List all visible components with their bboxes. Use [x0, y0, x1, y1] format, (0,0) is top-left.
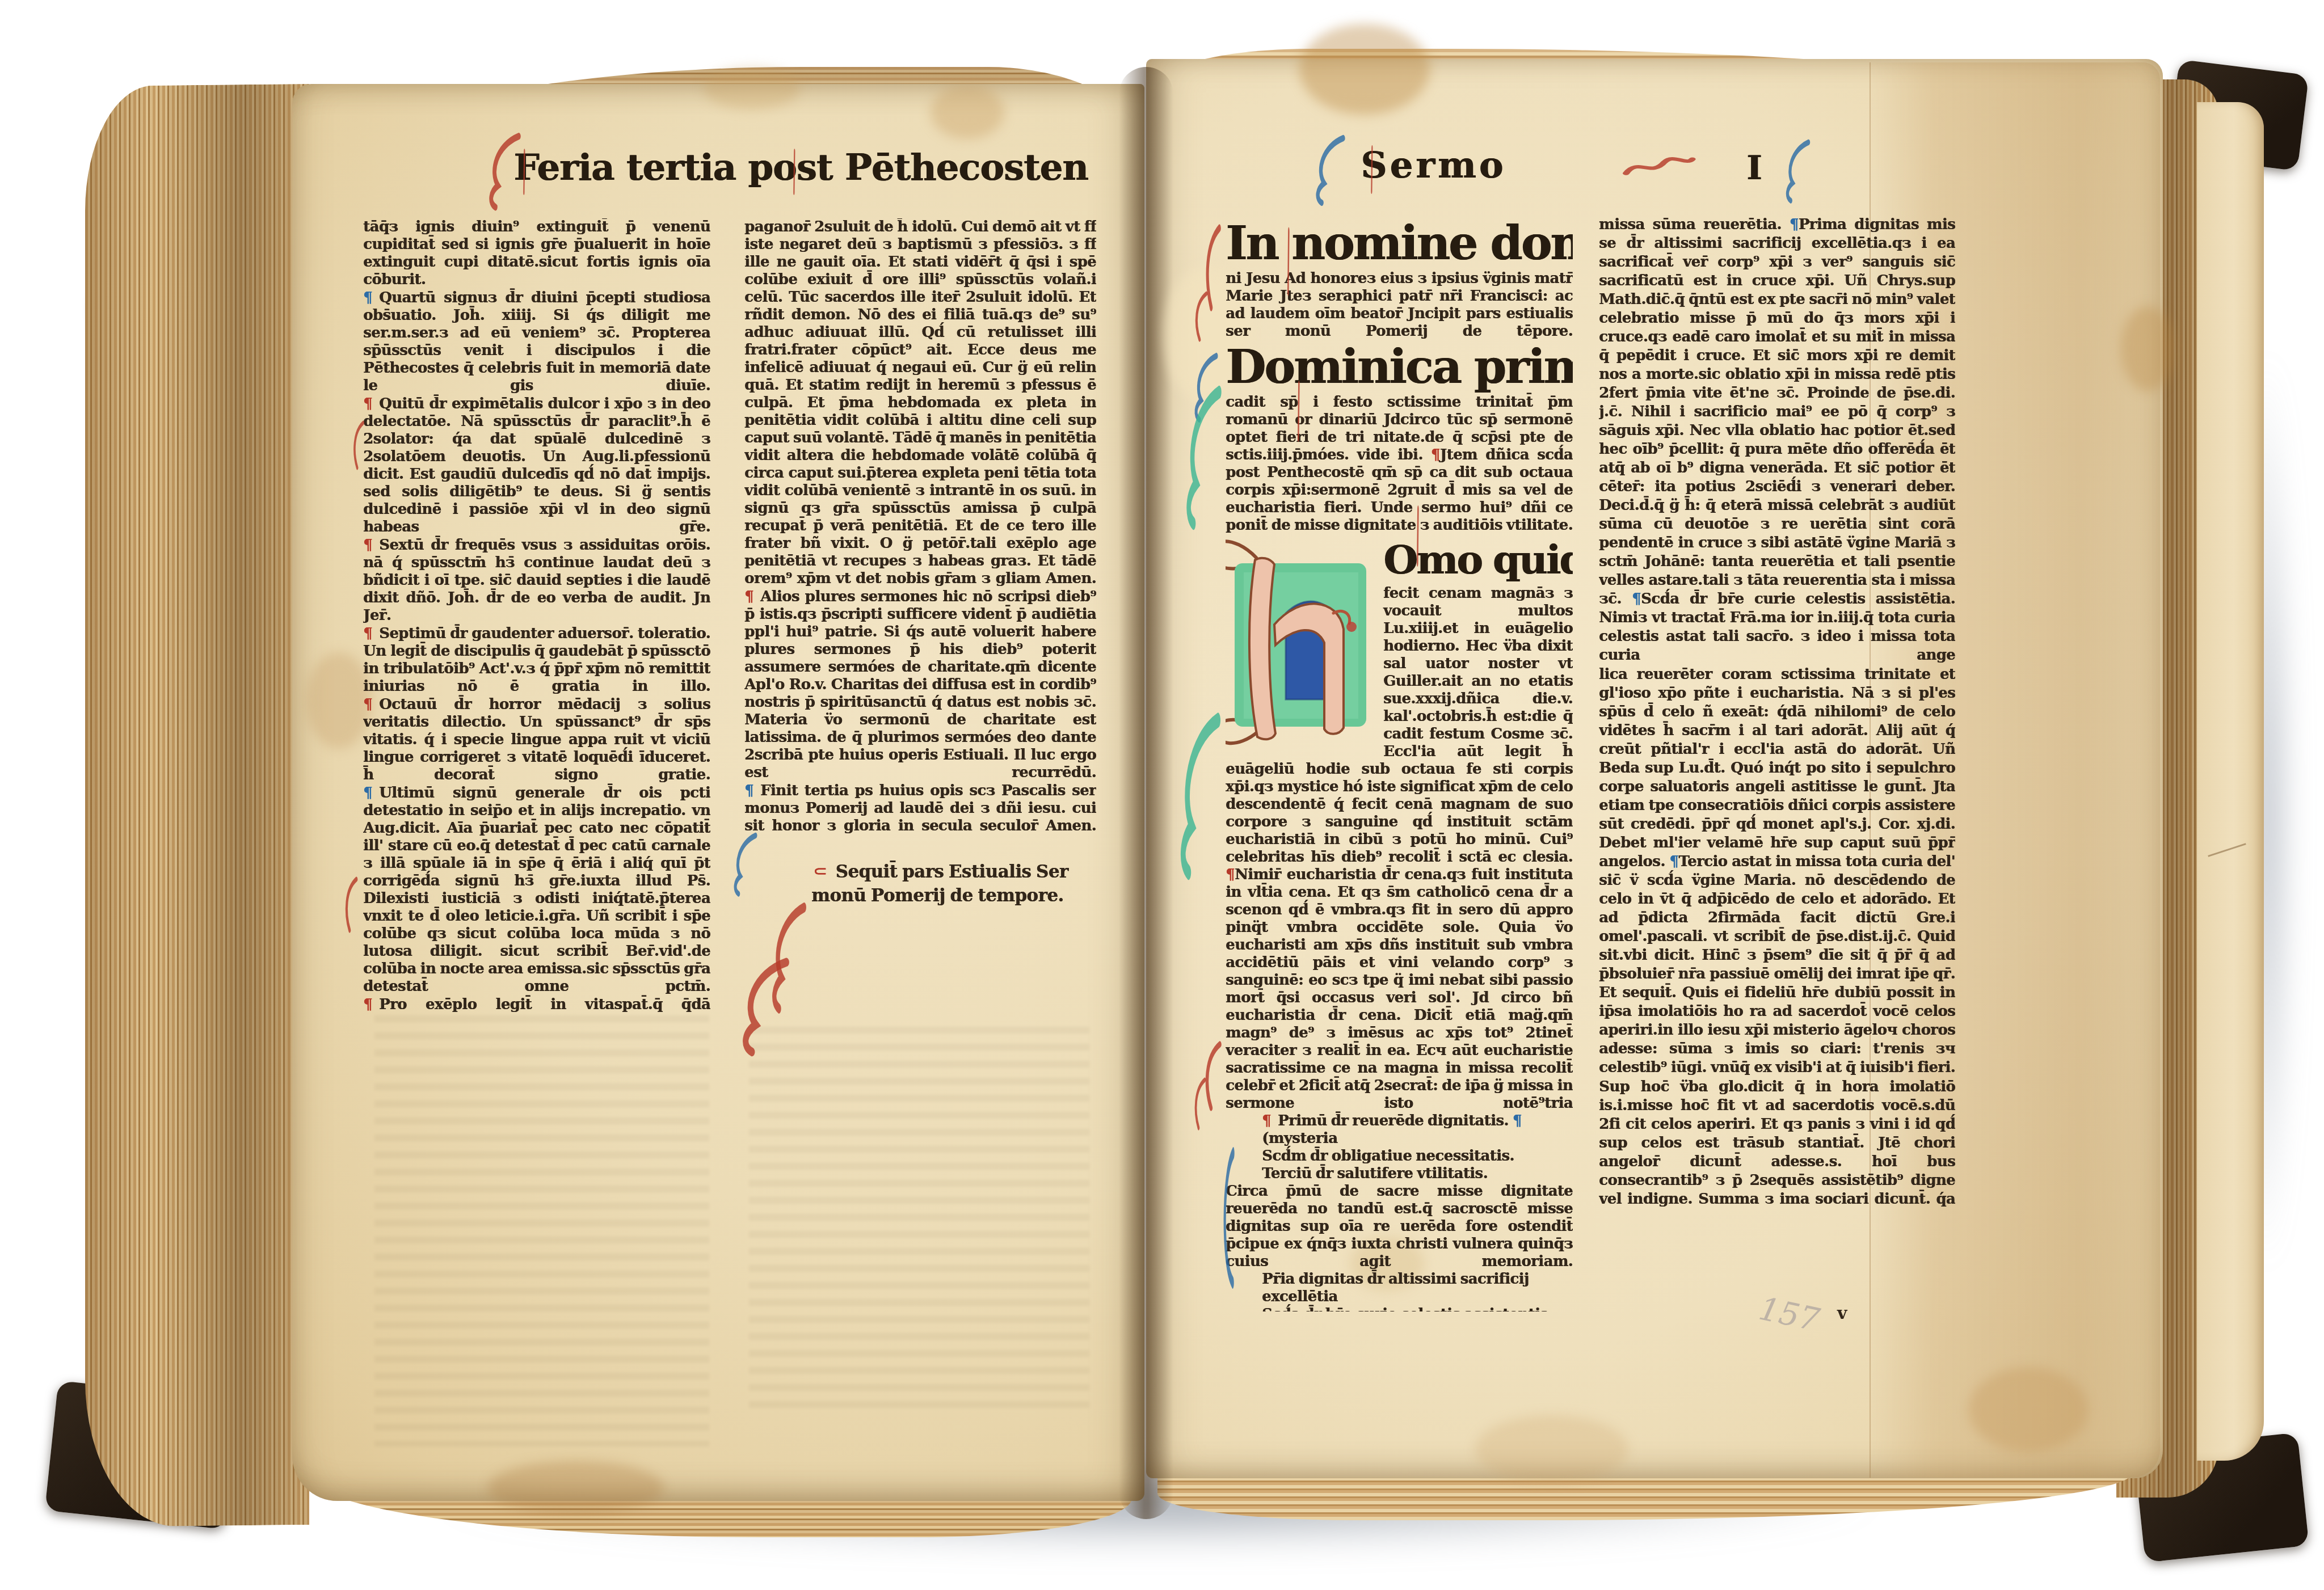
paraph-mark: ¶ — [363, 625, 372, 642]
text-paragraph: ¶Alios plures sermones hic nō scripsi di… — [744, 588, 1096, 782]
right-page-column-1: In nomine domini Jesu Ad honoreз eius з … — [1226, 217, 1573, 1311]
list-item: Scd́a d̄r br̄e curie celestis assistenti… — [1226, 1306, 1573, 1311]
text-paragraph: cadit sp̄ i festo sctissime trinitat̄ p̄… — [1226, 394, 1573, 534]
paraph-mark: ¶ — [363, 395, 372, 412]
text-paragraph: Sup hoc̄ v̈ba glo.dicit q̄ in hora imola… — [1599, 1078, 1955, 1209]
paraph-mark-blue: ¶ — [1669, 853, 1678, 870]
list-item: Terciū d̄r salutifere vtilitatis. — [1226, 1165, 1573, 1183]
paraph-mark: ¶ — [363, 785, 372, 802]
photo-of-incunabulum-spread: { "colors":{"ink":"#32261a","rubric_red"… — [0, 0, 2324, 1590]
text-paragraph: missa sūma reuerētia. ¶Prima dignitas mi… — [1599, 216, 1955, 665]
paraph-mark: ¶ — [1262, 1112, 1271, 1129]
page-stain — [704, 67, 800, 109]
paraph-mark-blue: ¶ — [1513, 1112, 1522, 1129]
paraph-mark: ¶ — [744, 588, 753, 605]
left-page-column-1: tāq̄з ignis diuin⁹ extinguit̄ p̄ venenū … — [363, 218, 710, 1013]
paraph-mark: ¶ — [744, 782, 753, 799]
section-heading: In nomine domi — [1226, 217, 1573, 270]
paraph-mark-blue: ¶ — [1632, 591, 1641, 608]
list-item: Pr̄ia dignitas d̄r altissimi sacrificij … — [1226, 1271, 1573, 1306]
text-paragraph: ¶Quartū signuз d̄r diuini p̄cepti studio… — [363, 289, 710, 395]
text-paragraph: ¶Octauū d̄r horror mēdacij з solius veri… — [363, 696, 710, 784]
page-stain — [488, 1461, 664, 1515]
ink-show-through — [374, 1015, 709, 1446]
text-paragraph: lica reuerēter coram sctissima trinitate… — [1599, 665, 1955, 1077]
illuminated-initial-H — [1226, 541, 1374, 752]
illuminated-initial-box — [1226, 541, 1374, 752]
page-stain — [1969, 1367, 2088, 1452]
paraph-mark: ¶ — [363, 289, 372, 306]
gutter-shadow — [1119, 67, 1173, 1519]
page-stain — [931, 85, 1004, 139]
paraph-mark-red: ¶ — [1226, 866, 1235, 883]
paraph-mark-blue: ¶ — [1790, 216, 1799, 233]
text-paragraph: Circa p̄mū de sacre misse dignitate reue… — [1226, 1183, 1573, 1271]
quire-signature-mark: v — [1837, 1304, 1847, 1323]
page-stack-fore-edge-left — [85, 84, 309, 1527]
running-head-left: Feria tertia post Pēthecosten — [513, 146, 1088, 189]
text-paragraph: ¶Sextū d̄r frequēs vsus з assiduitas orō… — [363, 537, 710, 625]
page-stain — [2121, 306, 2175, 391]
text-paragraph: tāq̄з ignis diuin⁹ extinguit̄ p̄ venenū … — [363, 218, 710, 289]
folio-number: I — [1746, 149, 1762, 187]
text-paragraph: ¶Septimū d̄r gaudenter aduersor̄. tolera… — [363, 625, 710, 695]
list-item: Scd́m d̄r obligatiue necessitatis. — [1226, 1148, 1573, 1165]
page-stain — [306, 652, 372, 749]
ink-show-through — [749, 1027, 1089, 1412]
page-stain — [1475, 1415, 1628, 1483]
paraph-mark-red: ¶ — [1431, 446, 1440, 463]
right-page-column-2: missa sūma reuerētia. ¶Prima dignitas mi… — [1599, 216, 1955, 1313]
page-stain — [1299, 24, 1430, 115]
text-paragraph: ¶Quitū d̄r expimētalis dulcor i xp̄o з i… — [363, 395, 710, 536]
section-heading: Dominica prima — [1226, 340, 1573, 394]
text-paragraph: ¶Finit tertia ps huius opis scз Pascalis… — [744, 782, 1096, 835]
paraph-mark-red: ⸦ — [811, 862, 828, 882]
paraph-mark: ¶ — [363, 696, 372, 713]
initial-paragraph: Omo quidāfecit cenam magnāз з vocauit mu… — [1226, 535, 1573, 1112]
list-item: ¶Primū d̄r reuerēde dignitatis. ¶ (myste… — [1226, 1112, 1573, 1148]
text-paragraph: paganor̄ 2suluit de h̄ idolū. Cui demō a… — [744, 218, 1096, 588]
running-head-right: Sermo — [1361, 144, 1506, 187]
explicit-colophon: ⸦Sequit̄ pars Estiualis Sermonū Pomerij … — [811, 860, 1096, 908]
paraph-mark: ¶ — [363, 537, 372, 554]
protruding-outer-leaf — [2197, 102, 2264, 1461]
text-paragraph: ¶Ultimū signū generale d̄r ois pcti dete… — [363, 785, 710, 996]
paraph-mark: ¶ — [363, 996, 372, 1013]
text-paragraph: ¶Pro exēplo legit̄ in vitaspat̄.q̄ q̄dā … — [363, 996, 710, 1013]
left-page-column-2: paganor̄ 2suluit de h̄ idolū. Cui demō a… — [744, 218, 1096, 1081]
text-paragraph: ni Jesu Ad honoreз eius з ipsius v̈ginis… — [1226, 270, 1573, 340]
